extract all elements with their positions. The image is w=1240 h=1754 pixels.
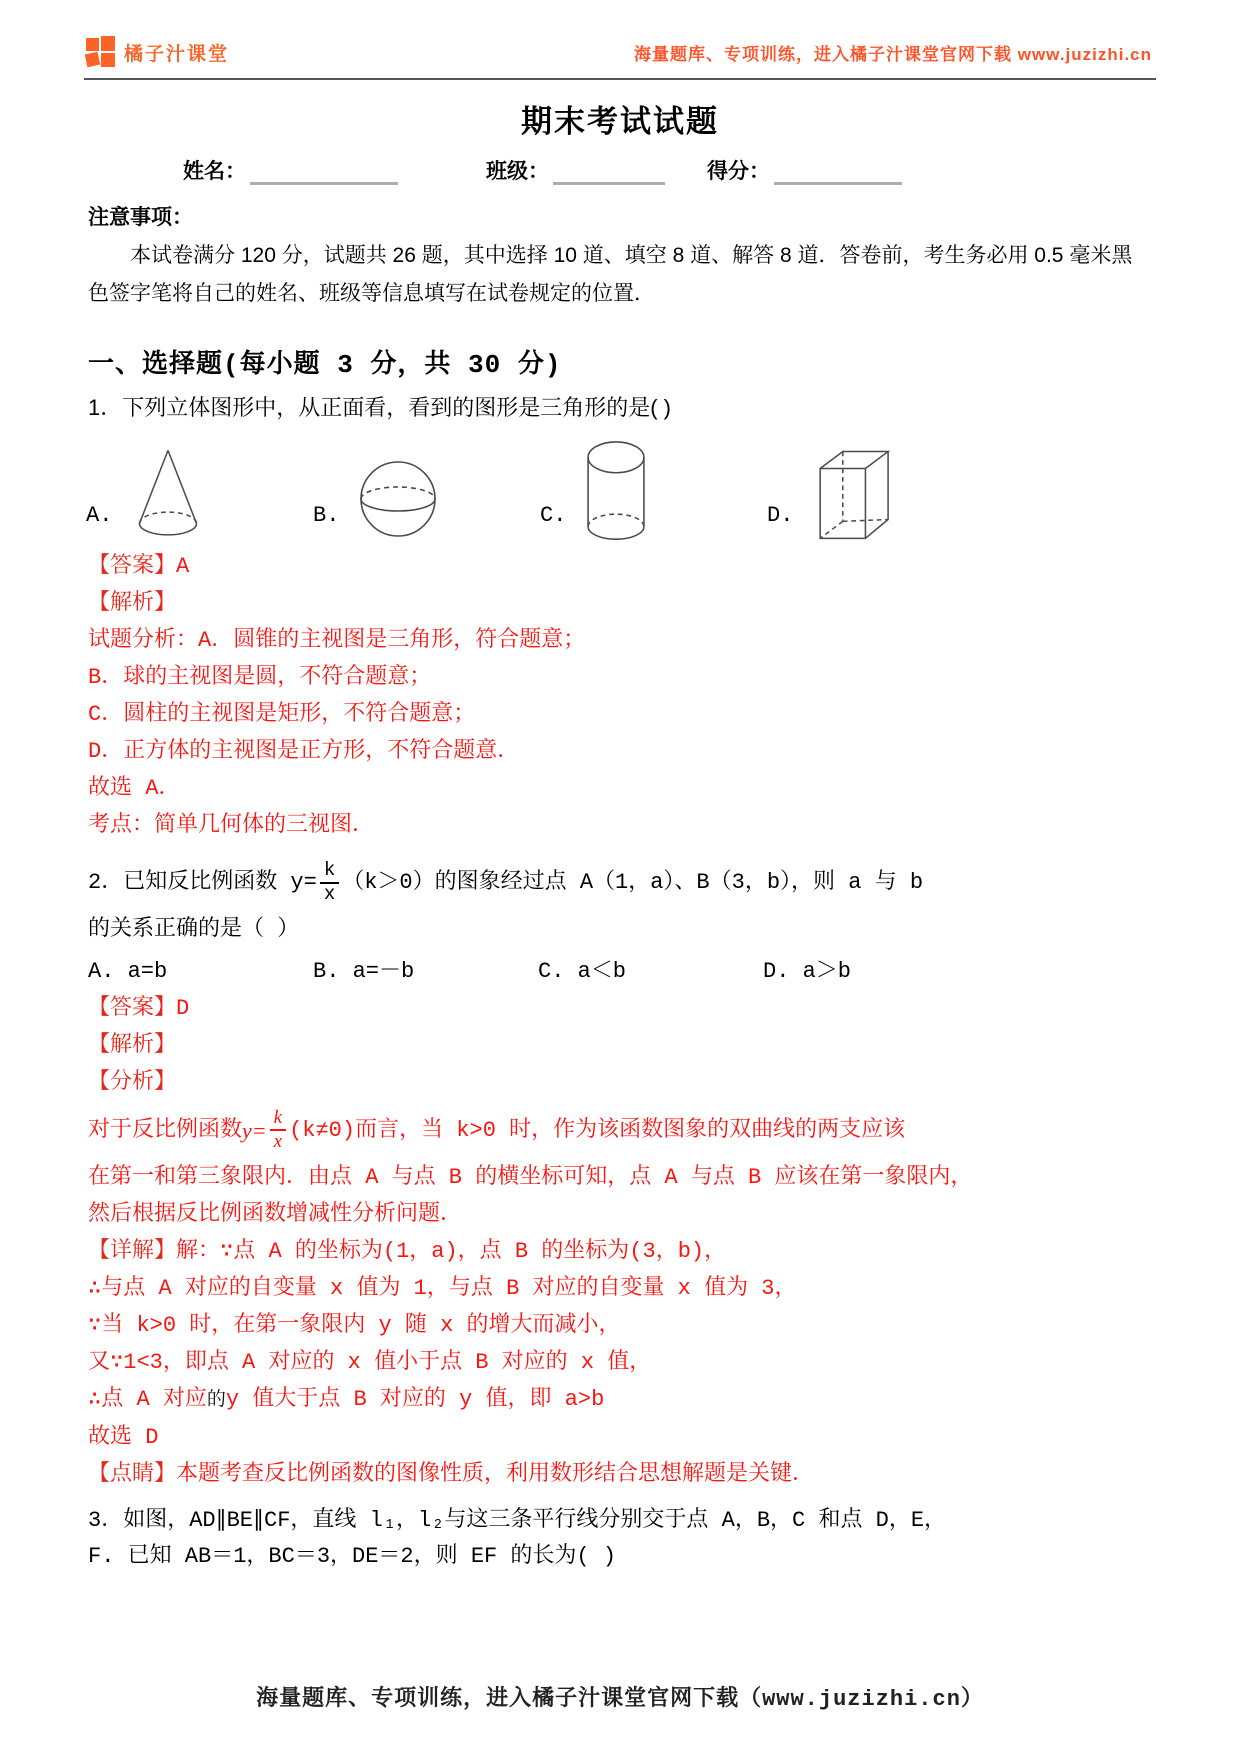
q1-topic-line: 考点：简单几何体的三视图． (0, 807, 1240, 844)
class-blank-line (553, 162, 665, 185)
student-info-row: 姓名： 班级： 得分： (0, 147, 1240, 185)
answer-marker: 【答案】 (88, 554, 176, 579)
q2-stem-line2: 的关系正确的是（ ） (0, 912, 1240, 948)
q2-options-row: A. a=b B. a=－b C. a＜b D. a＞b (0, 948, 1240, 990)
q2-para-frac-lead: y= (242, 1112, 267, 1149)
q2-para-post: (k≠0)而言，当 k>0 时，作为该函数图象的双曲线的两支应该 (289, 1112, 905, 1149)
cylinder-shape-icon (584, 440, 648, 544)
q3-stem-line1: 3．如图，AD∥BE∥CF，直线 l₁，l₂与这三条平行线分别交于点 A，B，C… (0, 1493, 1240, 1539)
logo-text: 橘子汁课堂 (124, 39, 229, 66)
name-blank-line (250, 162, 398, 185)
q1-analysis-line-1: 试题分析：A．圆锥的主视图是三角形，符合题意； (0, 622, 1240, 659)
detail-marker: 【详解】 (88, 1239, 176, 1264)
q1-options-row: A. B. C. (0, 426, 1240, 548)
header: 橘子汁课堂 海量题库、专项训练，进入橘子汁课堂官网下载 www.juzizhi.… (0, 0, 1240, 68)
note-marker: 【点睛】 (88, 1462, 176, 1487)
analysis-marker: 【解析】 (88, 591, 176, 616)
q2-note-text: 本题考查反比例函数的图像性质，利用数形结合思想解题是关键． (176, 1462, 814, 1487)
q2-para-pre: 对于反比例函数 (88, 1112, 242, 1149)
q1-analysis-line-3: C．圆柱的主视图是矩形，不符合题意； (0, 696, 1240, 733)
q3-stem-line2: F. 已知 AB＝1，BC＝3，DE＝2，则 EF 的长为( ) (0, 1539, 1240, 1575)
q2-answer-value: D (176, 996, 189, 1021)
q2-method-marker-line: 【分析】 (0, 1064, 1240, 1101)
q2-detail-line5-mixed: ∴点 A 对应的y 值大于点 B 对应的 y 值，即 a>b (0, 1381, 1240, 1419)
score-blank-line (774, 162, 902, 185)
sphere-shape-icon (357, 454, 439, 544)
q2-option-b: B. a=－b (313, 954, 538, 990)
q1-option-a-label: A. (86, 503, 112, 528)
q2-analysis-para-line2: 在第一和第三象限内．由点 A 与点 B 的横坐标可知，点 A 与点 B 应该在第… (0, 1159, 1240, 1196)
q1-answer-value: A (176, 554, 189, 579)
page-title: 期末考试试题 (0, 96, 1240, 141)
brand-logo: 橘子汁课堂 (86, 36, 229, 68)
q2-analysis-para-line3: 然后根据反比例函数增减性分析问题． (0, 1196, 1240, 1233)
mixed-black-char: 的 (207, 1389, 226, 1411)
q2-stem-pre: 2．已知反比例函数 y= (88, 865, 317, 901)
q1-answer-line: 【答案】A (0, 548, 1240, 585)
q1-option-a: A. (86, 446, 313, 544)
q1-option-c-label: C. (540, 503, 566, 528)
q2-option-c: C. a＜b (538, 954, 763, 990)
exam-document-page: 橘子汁课堂 海量题库、专项训练，进入橘子汁课堂官网下载 www.juzizhi.… (0, 0, 1240, 1754)
fraction-k-over-x-italic: kx (270, 1108, 286, 1152)
q2-detail-text: 解：∵点 A 的坐标为(1，a)，点 B 的坐标为(3，b)， (176, 1239, 726, 1264)
q2-detail-line2: ∴与点 A 对应的自变量 x 值为 1，与点 B 对应的自变量 x 值为 3， (0, 1270, 1240, 1307)
orange-window-logo-icon (86, 36, 116, 68)
q1-option-b-label: B. (313, 503, 339, 528)
name-field: 姓名： (183, 155, 486, 185)
q2-option-d: D. a＞b (763, 954, 988, 990)
mixed-red-part2: y 值大于点 B 对应的 y 值，即 a>b (226, 1387, 604, 1412)
footer-promo-text: 海量题库、专项训练，进入橘子汁课堂官网下载（www.juzizhi.cn） (0, 1681, 1240, 1754)
q1-stem: 1．下列立体图形中，从正面看，看到的图形是三角形的是( ) (0, 380, 1240, 426)
q1-analysis-line-4: D．正方体的主视图是正方形，不符合题意． (0, 733, 1240, 770)
q1-analysis-line-2: B．球的主视图是圆，不符合题意； (0, 659, 1240, 696)
header-divider (84, 78, 1156, 80)
q2-detail-line1: 【详解】解：∵点 A 的坐标为(1，a)，点 B 的坐标为(3，b)， (0, 1233, 1240, 1270)
q1-analysis-marker-line: 【解析】 (0, 585, 1240, 622)
answer-marker: 【答案】 (88, 996, 176, 1021)
q2-analysis-para-line1: 对于反比例函数 y=kx(k≠0)而言，当 k>0 时，作为该函数图象的双曲线的… (0, 1101, 1240, 1159)
cuboid-shape-icon (811, 444, 901, 544)
name-label: 姓名： (183, 155, 246, 185)
q2-option-a: A. a=b (88, 954, 313, 990)
q2-detail-line4: 又∵1<3，即点 A 对应的 x 值小于点 B 对应的 x 值， (0, 1344, 1240, 1381)
q1-conclusion-line: 故选 A． (0, 770, 1240, 807)
fraction-k-over-x: kx (320, 861, 339, 905)
q2-analysis-marker-line: 【解析】 (0, 1027, 1240, 1064)
q1-option-d-label: D. (767, 503, 793, 528)
q2-stem-post: （k＞0）的图象经过点 A（1，a）、B（3，b），则 a 与 b (342, 865, 923, 901)
method-marker: 【分析】 (88, 1070, 176, 1095)
score-label: 得分： (707, 155, 770, 185)
analysis-marker: 【解析】 (88, 1033, 176, 1058)
cone-shape-icon (130, 446, 206, 544)
class-field: 班级： (486, 155, 707, 185)
q2-conclusion-line: 故选 D (0, 1419, 1240, 1456)
q2-stem-line1: 2．已知反比例函数 y=kx（k＞0）的图象经过点 A（1，a）、B（3，b），… (0, 844, 1240, 912)
q2-answer-line: 【答案】D (0, 990, 1240, 1027)
q1-option-b: B. (313, 454, 540, 544)
q1-option-c: C. (540, 440, 767, 544)
q1-option-d: D. (767, 444, 994, 544)
score-field: 得分： (707, 155, 902, 185)
notice-heading: 注意事项： (0, 185, 1240, 231)
notice-body: 本试卷满分 120 分，试题共 26 题，其中选择 10 道、填空 8 道、解答… (88, 237, 1152, 313)
header-promo-text: 海量题库、专项训练，进入橘子汁课堂官网下载 www.juzizhi.cn (634, 40, 1152, 65)
q2-detail-line3: ∵当 k>0 时，在第一象限内 y 随 x 的增大而减小， (0, 1307, 1240, 1344)
mixed-red-part1: ∴点 A 对应 (88, 1387, 207, 1412)
class-label: 班级： (486, 155, 549, 185)
section1-heading: 一、选择题(每小题 3 分，共 30 分) (88, 343, 1240, 380)
q2-note-line: 【点睛】本题考查反比例函数的图像性质，利用数形结合思想解题是关键． (0, 1456, 1240, 1493)
